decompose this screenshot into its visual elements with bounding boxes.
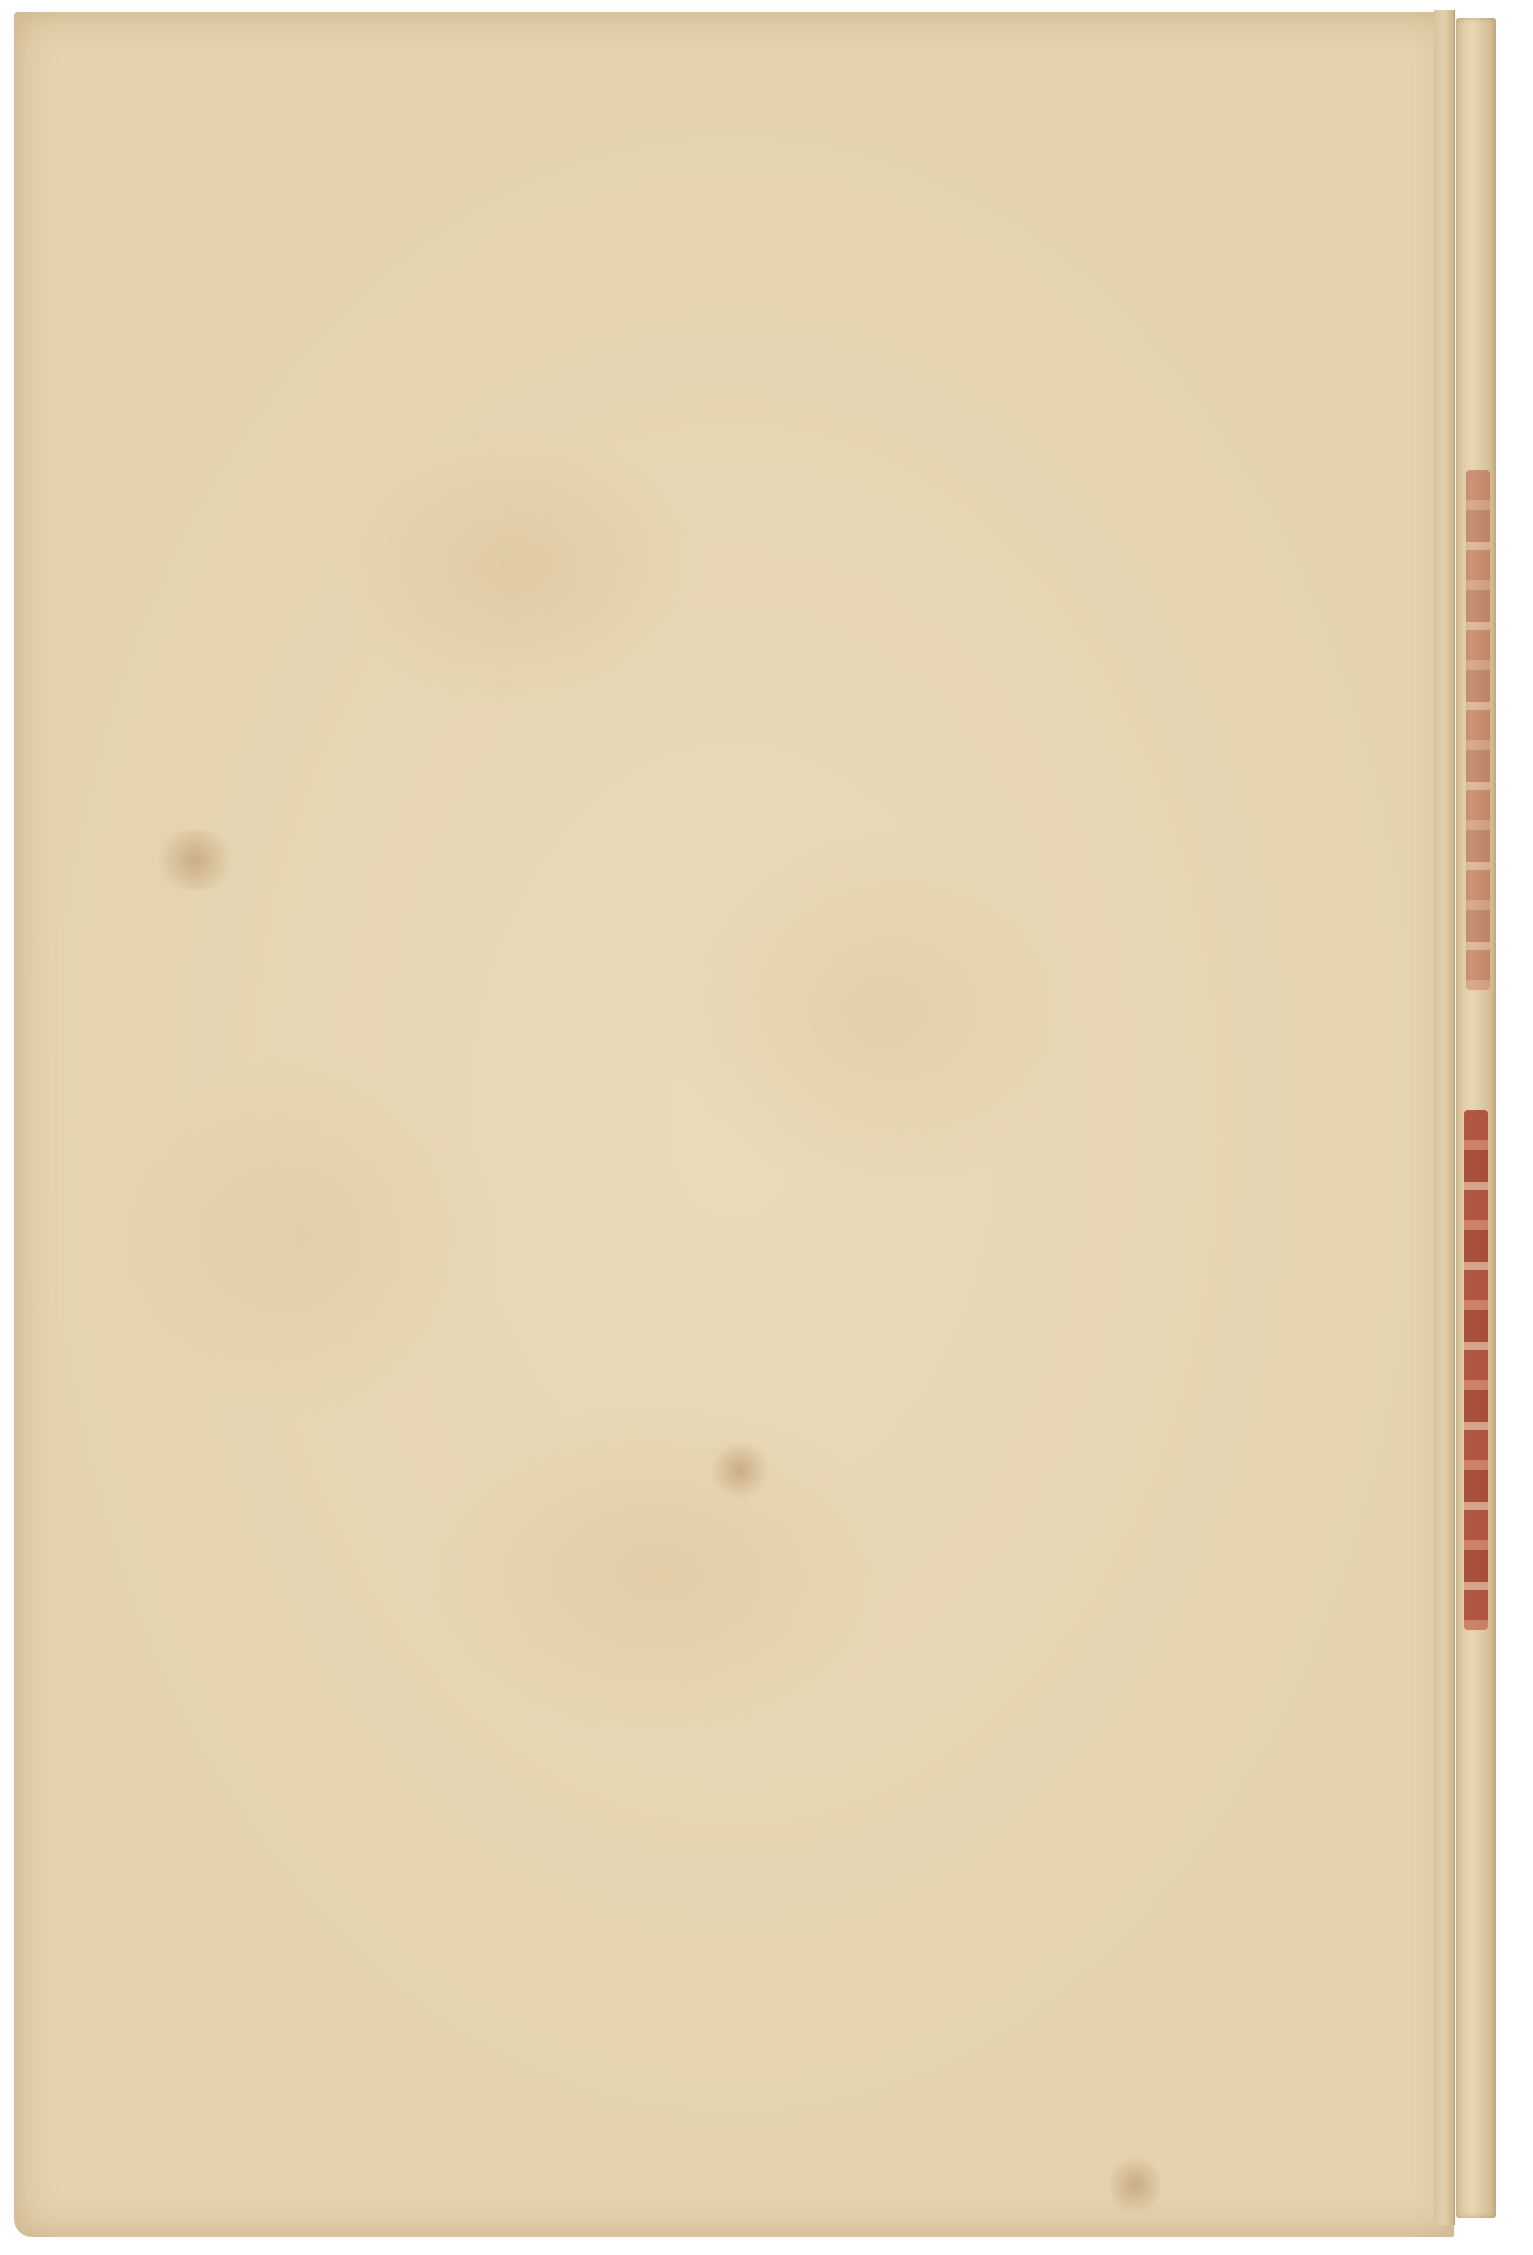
paper-stain: [710, 1440, 770, 1500]
red-binding-remnant-upper: [1466, 470, 1490, 990]
blank-paper-page: [14, 12, 1454, 2237]
paper-stain: [1110, 2150, 1160, 2220]
page-fold-edge: [1434, 10, 1455, 2225]
red-binding-remnant-lower: [1464, 1110, 1488, 1630]
paper-stain: [150, 830, 240, 890]
